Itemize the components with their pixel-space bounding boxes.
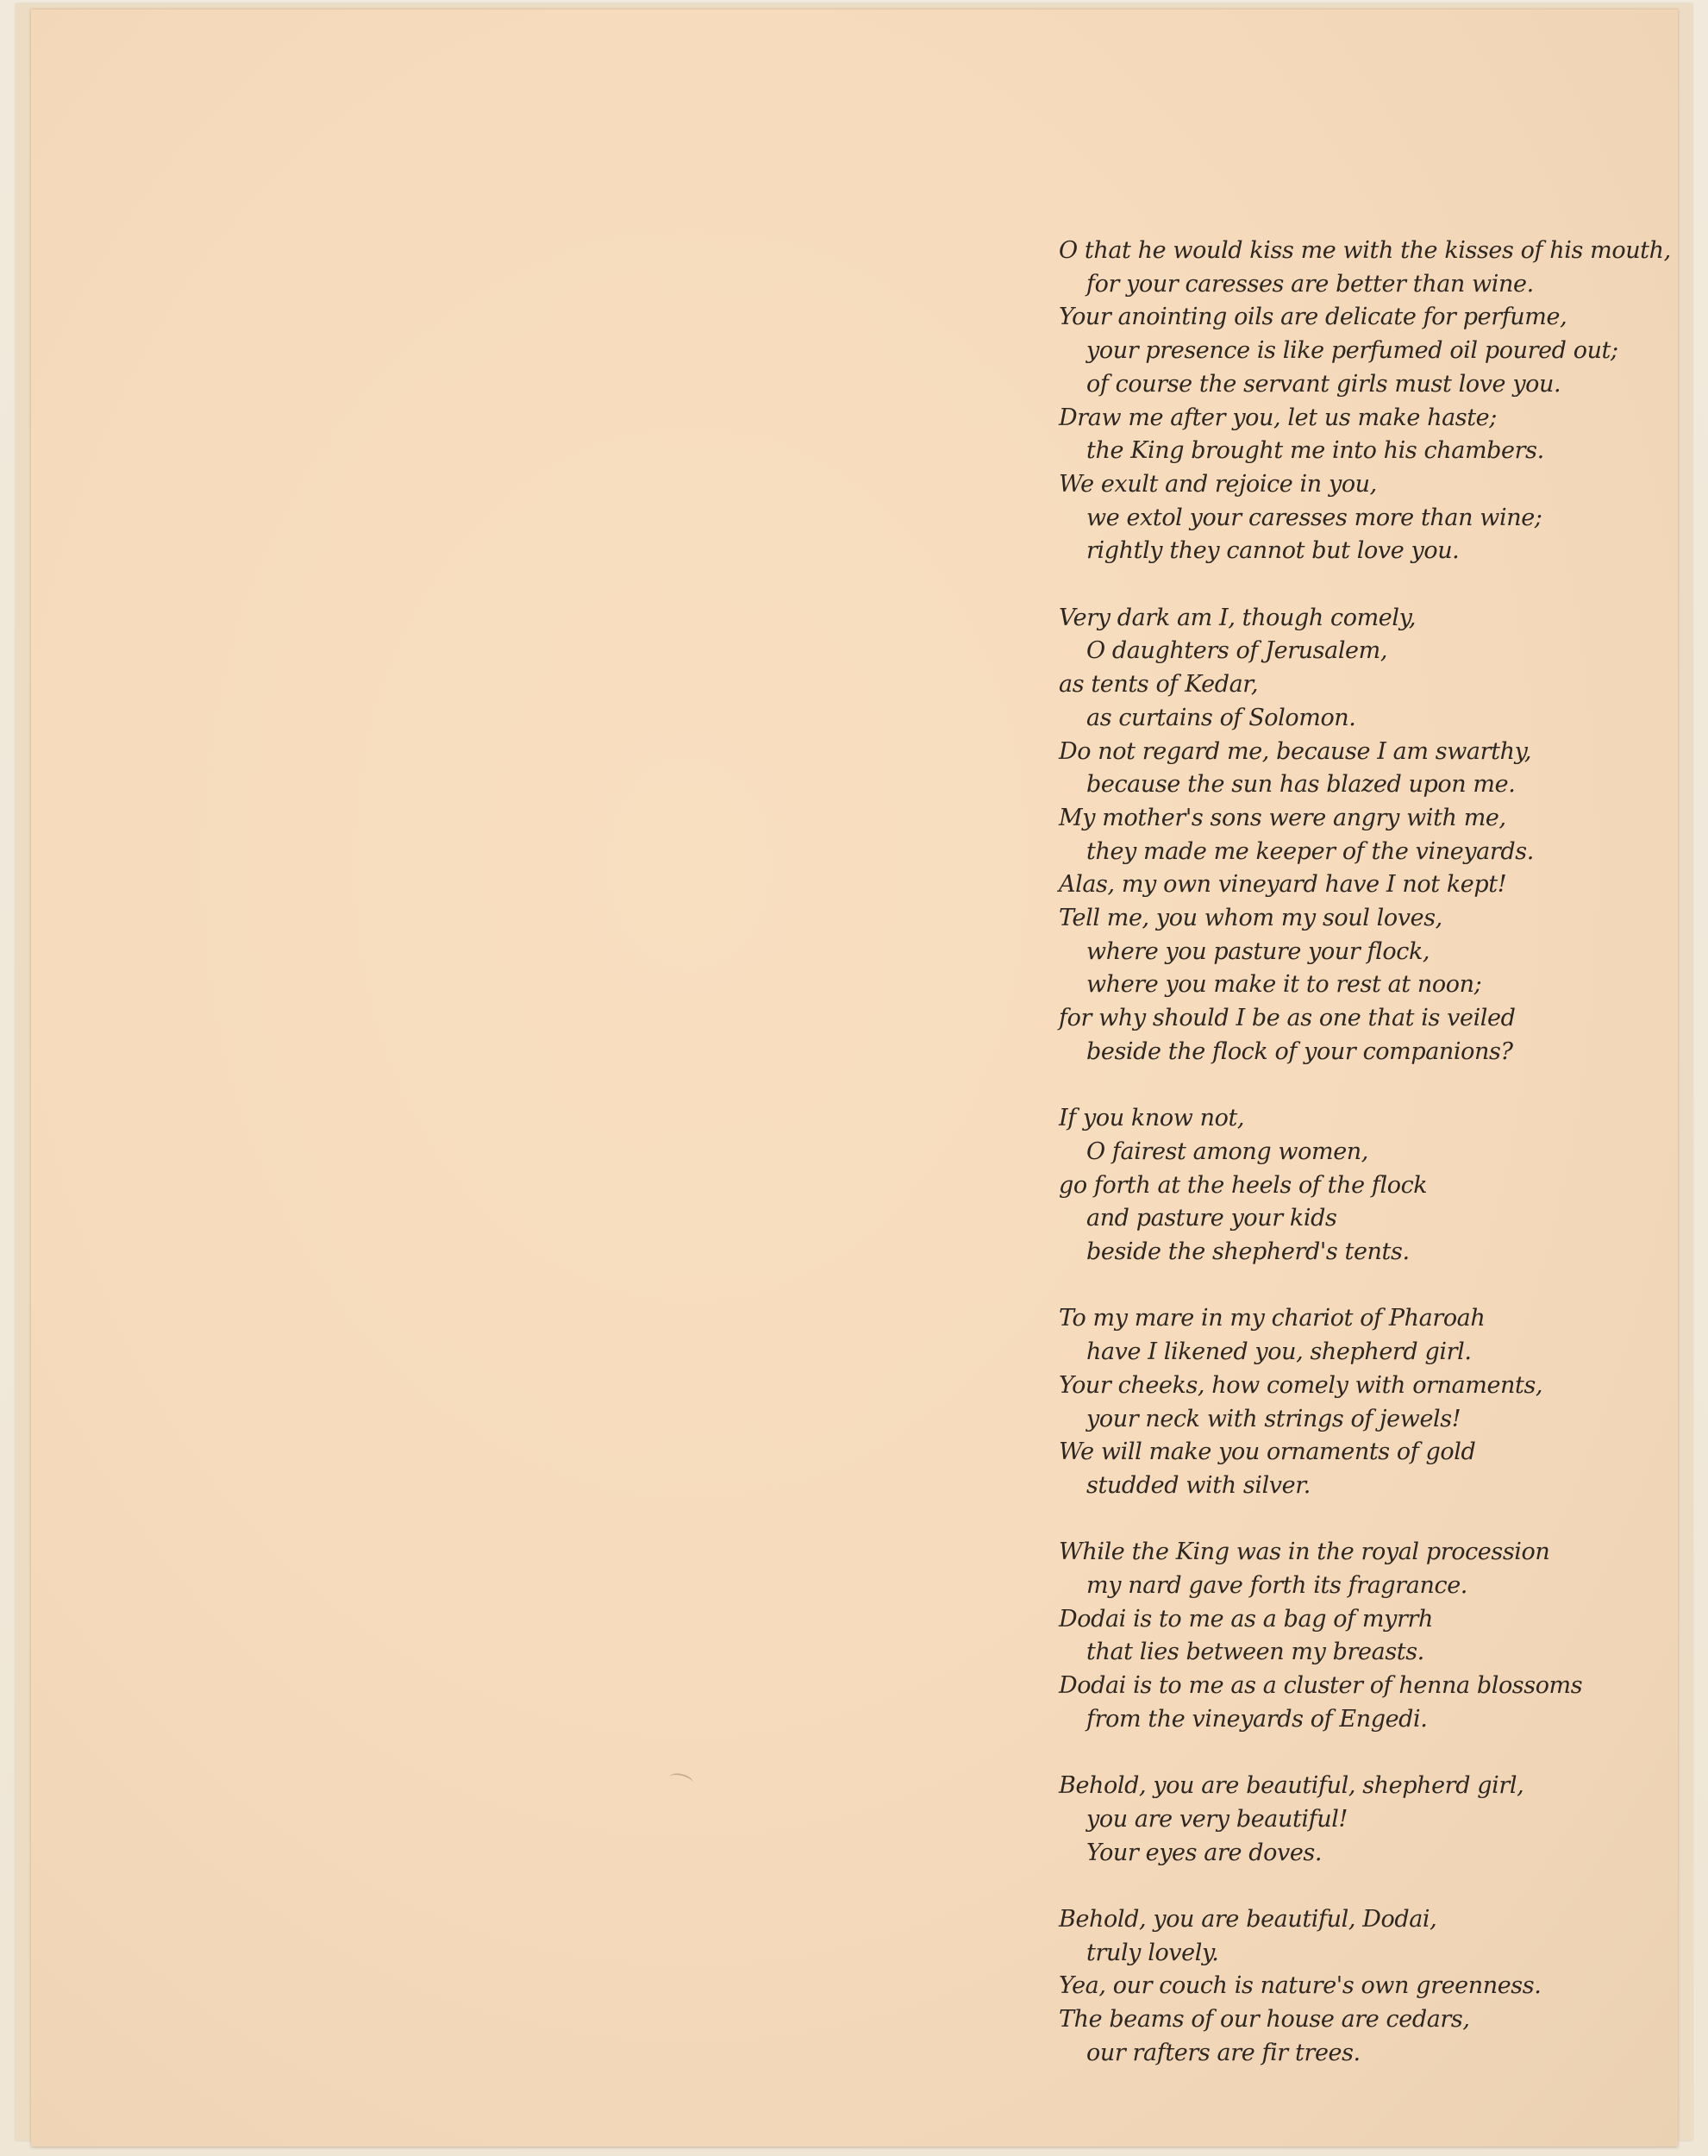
poem-line: Behold, you are beautiful, shepherd girl… <box>1059 1774 1523 1797</box>
poem-line: Yea, our couch is nature's own greenness… <box>1059 1974 1541 1997</box>
poem-line-indented: beside the flock of your companions? <box>1086 1040 1513 1063</box>
poem-line-indented: and pasture your kids <box>1086 1206 1336 1230</box>
poem-line: We will make you ornaments of gold <box>1059 1440 1475 1463</box>
poem-line: We exult and rejoice in you, <box>1059 473 1377 496</box>
poem-line: Your anointing oils are delicate for per… <box>1059 305 1567 329</box>
poem-line-indented: where you pasture your flock, <box>1086 940 1430 963</box>
poem-line: Your cheeks, how comely with ornaments, <box>1059 1374 1542 1397</box>
poem-line: Alas, my own vineyard have I not kept! <box>1059 873 1506 896</box>
poem-line-indented: beside the shepherd's tents. <box>1086 1240 1410 1263</box>
poem-line: To my mare in my chariot of Pharoah <box>1059 1307 1485 1330</box>
poem-line: go forth at the heels of the flock <box>1059 1174 1427 1197</box>
poem-line-indented: O fairest among women, <box>1086 1140 1368 1163</box>
poem-line-indented: the King brought me into his chambers. <box>1086 439 1544 462</box>
poem-line-indented: your presence is like perfumed oil poure… <box>1086 339 1618 362</box>
poem-line-indented: from the vineyards of Engedi. <box>1086 1708 1427 1731</box>
poem-line-indented: Your eyes are doves. <box>1086 1841 1322 1865</box>
poem-line-indented: studded with silver. <box>1086 1474 1311 1497</box>
poem-line: as tents of Kedar, <box>1059 673 1258 696</box>
poem-line-indented: our rafters are fir trees. <box>1086 2041 1361 2065</box>
poem-line-indented: that lies between my breasts. <box>1086 1640 1424 1664</box>
poem-line: The beams of our house are cedars, <box>1059 2008 1470 2031</box>
paper-fiber-mark <box>668 1771 695 1789</box>
poem-line-indented: of course the servant girls must love yo… <box>1086 373 1561 396</box>
poem-line-indented: rightly they cannot but love you. <box>1086 539 1459 562</box>
paper-page: O that he would kiss me with the kisses … <box>31 9 1678 2147</box>
poem-line: While the King was in the royal processi… <box>1059 1540 1549 1564</box>
poem-line-indented: as curtains of Solomon. <box>1086 706 1355 730</box>
poem-line: O that he would kiss me with the kisses … <box>1059 239 1671 262</box>
poem-line-indented: have I likened you, shepherd girl. <box>1086 1340 1472 1363</box>
poem-line-indented: truly lovely. <box>1086 1941 1218 1965</box>
poem-line: Behold, you are beautiful, Dodai, <box>1059 1908 1436 1931</box>
poem-line: for why should I be as one that is veile… <box>1059 1006 1516 1030</box>
poem-line: Very dark am I, though comely, <box>1059 606 1416 630</box>
poem-line-indented: because the sun has blazed upon me. <box>1086 773 1515 796</box>
poem-line-indented: you are very beautiful! <box>1086 1808 1348 1831</box>
poem-line: Dodai is to me as a cluster of henna blo… <box>1059 1674 1582 1697</box>
poem-line-indented: my nard gave forth its fragrance. <box>1086 1574 1467 1597</box>
poem-line: Do not regard me, because I am swarthy, <box>1059 740 1531 763</box>
poem-line-indented: O daughters of Jerusalem, <box>1086 639 1387 662</box>
poem-line: Dodai is to me as a bag of myrrh <box>1059 1608 1433 1631</box>
poem-line-indented: for your caresses are better than wine. <box>1086 273 1534 296</box>
poem-line: Draw me after you, let us make haste; <box>1059 406 1497 429</box>
poem-line-indented: they made me keeper of the vineyards. <box>1086 840 1534 863</box>
poem-line: My mother's sons were angry with me, <box>1059 806 1506 830</box>
poem-line-indented: your neck with strings of jewels! <box>1086 1407 1461 1431</box>
poem-line: Tell me, you whom my soul loves, <box>1059 906 1442 930</box>
poem-line-indented: where you make it to rest at noon; <box>1086 973 1481 996</box>
poem-line: If you know not, <box>1059 1106 1244 1130</box>
poem-line-indented: we extol your caresses more than wine; <box>1086 506 1542 530</box>
